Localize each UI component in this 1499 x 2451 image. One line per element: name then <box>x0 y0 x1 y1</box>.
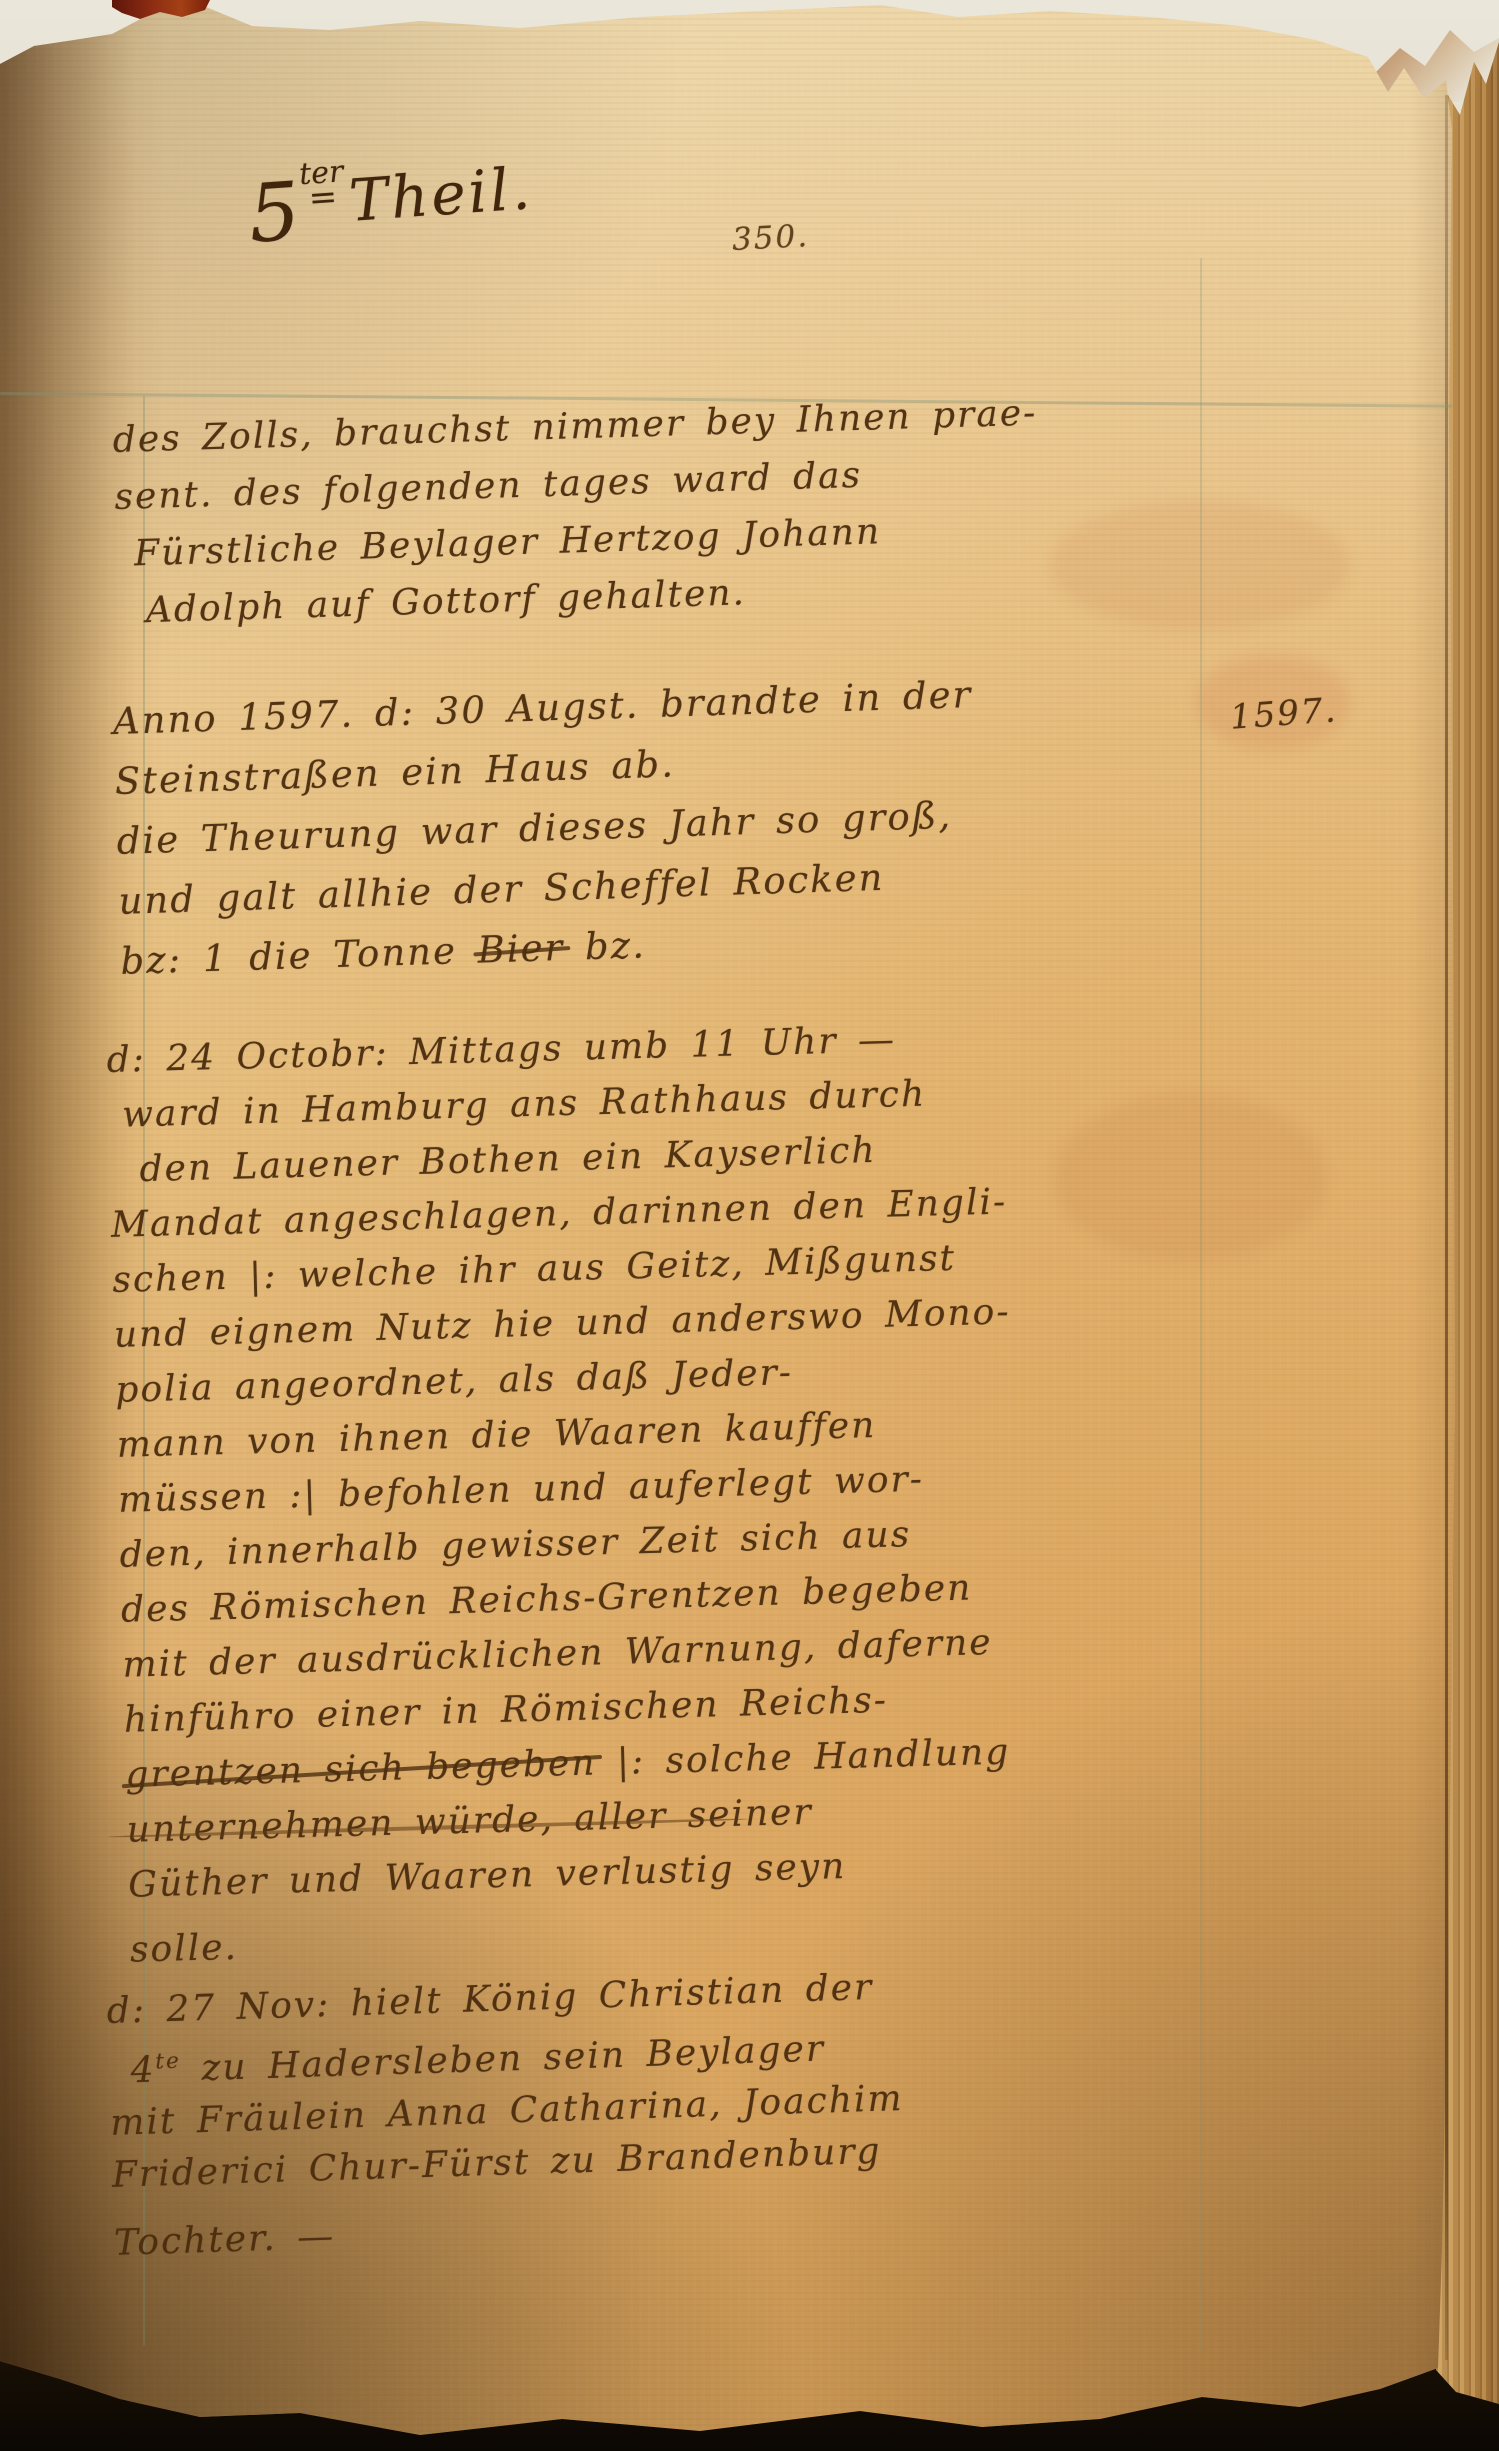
page-edge-seam <box>1445 95 1448 2360</box>
entry-anno-1597: Anno 1597. d: 30 Augst. brandte in der S… <box>112 665 981 992</box>
line-rest: |: solche Handlung <box>596 1732 1011 1784</box>
torn-corner-top-right <box>1370 18 1499 102</box>
page-number: 350. <box>731 218 810 258</box>
heading-part-number: 5 <box>246 164 303 260</box>
paragraph-closing: des Zolls, brauchst nimmer bey Ihnen pra… <box>112 385 1043 640</box>
ordinal-number: 4 <box>130 2049 156 2091</box>
heading-title: Theil. <box>347 154 535 235</box>
struck-word: Bier <box>477 926 565 972</box>
line-suffix: bz. <box>563 923 646 969</box>
line-prefix: bz: 1 die Tonne <box>120 929 478 983</box>
manuscript-scan: { "document": { "kind": "handwritten chr… <box>0 0 1499 2451</box>
ordinal-suffix: te <box>155 2049 181 2075</box>
entry-27-november: d: 27 Nov: hielt König Christian der 4te… <box>106 1961 908 2270</box>
margin-year-note: 1597. <box>1229 690 1339 737</box>
struck-words: grentzen sich begeben <box>125 1742 597 1795</box>
